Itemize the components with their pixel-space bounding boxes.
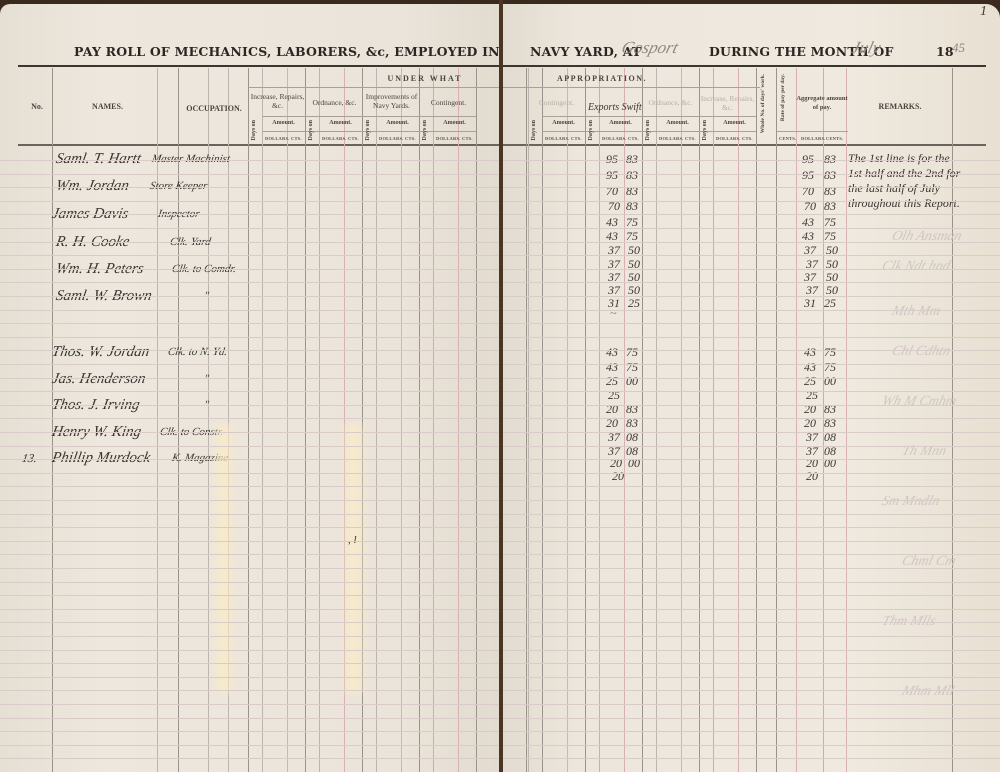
dollars-label: DOLLARS. (545, 136, 569, 141)
dollars-label: DOLLARS. (602, 136, 626, 141)
month: July (849, 38, 883, 58)
ledger-row-line (502, 745, 1000, 746)
ledger-row-line (0, 663, 500, 664)
cts-label: CTS. (685, 136, 696, 141)
aggregate-dollars: 43 (804, 345, 816, 360)
ledger-row-line (502, 473, 1000, 474)
aggregate-cents: 25 (824, 296, 836, 311)
days-on-label: Days on (422, 120, 428, 141)
group-contingent-faint: Contingent. (528, 98, 585, 107)
dollars-label: DOLLARS. (716, 136, 740, 141)
ledger-row-line (0, 500, 500, 501)
amount-label: Amount. (376, 119, 419, 128)
ledger-row-line (502, 350, 1000, 351)
light-glare (210, 424, 238, 694)
ledger-row-line (502, 663, 1000, 664)
ledger-row-line (0, 568, 500, 569)
aggregate-cents: 75 (824, 360, 836, 375)
bleed-through-text: Sm Mndln (880, 494, 941, 510)
ledger-row-line (0, 255, 500, 256)
left-page: PAY ROLL OF MECHANICS, LABORERS, &c, EMP… (0, 4, 500, 772)
ledger-row-line (0, 446, 500, 447)
dollars-label: DOLLARS. (659, 136, 683, 141)
ledger-row-line (502, 201, 1000, 202)
ledger-row-line (502, 582, 1000, 583)
header-bottom-rule (502, 144, 986, 146)
ledger-row-line (0, 282, 500, 283)
ledger-row-line (0, 636, 500, 637)
ledger-row-line (502, 704, 1000, 705)
amount-dollars: 43 (606, 360, 618, 375)
ledger-row-line (0, 622, 500, 623)
ledger-row-line (0, 323, 500, 324)
ledger-row-line (0, 541, 500, 542)
group-improvements: Improvements of Navy Yards. (364, 92, 419, 110)
entry-occupation: Master Machinist (151, 153, 231, 165)
ledger-row-line (502, 269, 1000, 270)
ledger-row-line (502, 405, 1000, 406)
cts-label: CTS. (348, 136, 359, 141)
ledger-row-line (502, 459, 1000, 460)
remark-line: throughout this Report. (848, 196, 960, 211)
ledger-row-line (0, 296, 500, 297)
amount-label: Amount. (713, 119, 756, 128)
dollars-label: DOLLARS. (801, 136, 825, 141)
amount-cents: 25 (628, 296, 640, 311)
light-glare (340, 424, 368, 694)
ledger-row-line (502, 527, 1000, 528)
remark-line: The 1st line is for the (848, 151, 950, 166)
ledger-row-line (0, 201, 500, 202)
ledger-row-line (0, 690, 500, 691)
ledger-row-line (502, 296, 1000, 297)
ledger-row-line (0, 174, 500, 175)
ledger-row-line (502, 636, 1000, 637)
ledger-row-line (502, 255, 1000, 256)
ledger-row-line (502, 282, 1000, 283)
ledger-row-line (502, 731, 1000, 732)
title-left: PAY ROLL OF MECHANICS, LABORERS, &c, EMP… (74, 44, 500, 59)
amount-dollars: 95 (606, 168, 618, 183)
amount-dollars: 20 (612, 469, 624, 484)
ledger-row-line (0, 160, 500, 161)
dollars-label: DOLLARS. (379, 136, 403, 141)
ledger-row-line (0, 242, 500, 243)
ledger-row-line (0, 731, 500, 732)
aggregate-cents: 83 (824, 168, 836, 183)
ledger-row-line (502, 160, 1000, 161)
under-what-header: UNDER WHAT (350, 74, 500, 83)
col-occupation-header: OCCUPATION. (180, 104, 248, 113)
days-on-label: Days on (308, 120, 314, 141)
cents-label: CENTS. (779, 136, 796, 141)
aggregate-dollars: 43 (804, 360, 816, 375)
book-binding (499, 0, 503, 772)
ledger-row-line (0, 650, 500, 651)
stray-mark: , l (348, 534, 357, 546)
days-on-label: Days on (531, 120, 537, 141)
bleed-through-text: Chl Cdhtn (890, 344, 952, 360)
group-rule (542, 116, 756, 117)
entry-name: Jas. Henderson (51, 371, 147, 388)
cts-label: CTS. (742, 136, 753, 141)
ledger-row-line (0, 391, 500, 392)
ledger-row-line (502, 378, 1000, 379)
days-on-label: Days on (645, 120, 651, 141)
ledger-row-line (502, 650, 1000, 651)
amount-label: Amount. (433, 119, 476, 128)
ledger-row-line (0, 595, 500, 596)
ledger-row-line (502, 364, 1000, 365)
amount-label: Amount. (542, 119, 585, 128)
amount-cents: 83 (626, 168, 638, 183)
ledger-row-line (0, 269, 500, 270)
ledger-row-line (0, 432, 500, 433)
ledger-row-line (502, 554, 1000, 555)
amount-label: Amount. (262, 119, 305, 128)
ledger-row-line (0, 486, 500, 487)
cts-label: CTS. (571, 136, 582, 141)
group-rule (262, 116, 476, 117)
dollars-label: DOLLARS. (436, 136, 460, 141)
ledger-row-line (502, 622, 1000, 623)
amount-cents: 75 (626, 360, 638, 375)
aggregate-cents: 00 (824, 374, 836, 389)
ledger-row-line (502, 690, 1000, 691)
appropriation-header: APPROPRIATION. (542, 74, 662, 83)
amount-cents: 75 (626, 345, 638, 360)
ledger-row-line (502, 174, 1000, 175)
rate-of-pay-header: Rate of pay per day. (780, 74, 786, 121)
ledger-row-line (502, 391, 1000, 392)
ledger-row-line (502, 677, 1000, 678)
aggregate-dollars: 20 (806, 469, 818, 484)
page-number: 1 (980, 4, 987, 20)
ledger-row-line (0, 364, 500, 365)
remark-line: the last half of July (848, 181, 940, 196)
group-ordnance-faint: Ordnance, &c. (642, 98, 699, 107)
ledger-row-line (502, 432, 1000, 433)
aggregate-header: Aggregate amount of pay. (796, 94, 848, 112)
group-increase-repairs: Increase, Repairs, &c. (250, 92, 305, 110)
header-bottom-rule (18, 144, 500, 146)
bleed-through-text: Clk Ndt hnd (880, 259, 952, 275)
days-on-label: Days on (251, 120, 257, 141)
ledger-row-line (0, 378, 500, 379)
amount-cents: 00 (626, 374, 638, 389)
cents-label: CENTS. (826, 136, 843, 141)
ledger-row-line (0, 214, 500, 215)
right-page: 1 NAVY YARD, AT Gosport DURING THE MONTH… (502, 4, 1000, 772)
ledger-row-line (502, 323, 1000, 324)
cts-label: CTS. (291, 136, 302, 141)
aggregate-dollars: 25 (804, 374, 816, 389)
ledger-row-line (0, 758, 500, 759)
ledger-row-line (0, 554, 500, 555)
ledger-row-line (0, 704, 500, 705)
dollars-label: DOLLARS. (322, 136, 346, 141)
ledger-row-line (502, 242, 1000, 243)
ledger-row-line (502, 609, 1000, 610)
ledger-row-line (0, 228, 500, 229)
ledger-row-line (502, 514, 1000, 515)
ledger-row-line (0, 459, 500, 460)
group-increase-faint: Increase, Repairs, &c. (699, 94, 756, 112)
group-ordnance: Ordnance, &c. (307, 98, 362, 107)
cts-label: CTS. (405, 136, 416, 141)
amount-label: Amount. (599, 119, 642, 128)
ledger-row-line (0, 745, 500, 746)
cts-label: CTS. (628, 136, 639, 141)
bleed-through-text: Wh M Cmhm (880, 394, 958, 410)
entry-occupation: Store Keeper (149, 180, 208, 192)
remarks-header: REMARKS. (848, 102, 952, 111)
col-no-header: No. (22, 102, 52, 111)
ledger-row-line (0, 337, 500, 338)
ledger-row-line (502, 758, 1000, 759)
whole-days-header: Whole No. of days' work. (760, 74, 766, 133)
ledger-row-line (0, 527, 500, 528)
amount-dollars: 43 (606, 345, 618, 360)
ledger-row-line (0, 187, 500, 188)
ledger-row-line (502, 595, 1000, 596)
aggregate-cents: 75 (824, 345, 836, 360)
days-on-label: Days on (702, 120, 708, 141)
amount-label: Amount. (319, 119, 362, 128)
entry-occupation: Clk. to N. Yd. (167, 346, 228, 358)
ledger-row-line (502, 500, 1000, 501)
ledger-row-line (0, 677, 500, 678)
ledger-row-line (502, 187, 1000, 188)
col-names-header: NAMES. (60, 102, 155, 111)
ledger-row-line (0, 718, 500, 719)
ledger-row-line (0, 609, 500, 610)
ledger-row-line (0, 418, 500, 419)
cts-label: CTS. (462, 136, 473, 141)
header-top-rule (18, 65, 500, 67)
aggregate-dollars: 31 (804, 296, 816, 311)
days-on-label: Days on (588, 120, 594, 141)
ledger-row-line (502, 446, 1000, 447)
dollars-label: DOLLARS. (265, 136, 289, 141)
ledger-row-line (0, 405, 500, 406)
bleed-through-text: Mhm Mll (900, 684, 956, 700)
ledger-row-line (502, 718, 1000, 719)
ledger-row-line (0, 350, 500, 351)
ledger-row-line (502, 228, 1000, 229)
amount-label: Amount. (656, 119, 699, 128)
ledger-row-line (502, 418, 1000, 419)
ledger-row-line (0, 514, 500, 515)
group-contingent: Contingent. (421, 98, 476, 107)
ledger-row-line (502, 337, 1000, 338)
ledger-row-line (502, 310, 1000, 311)
amount-dollars: 25 (606, 374, 618, 389)
ledger-row-line (0, 582, 500, 583)
ledger-row-line (0, 473, 500, 474)
header-top-rule (502, 65, 986, 67)
ledger-row-line (502, 568, 1000, 569)
ledger-row-line (0, 310, 500, 311)
bleed-through-text: Mth Mm (890, 304, 942, 320)
ledger-row-line (502, 541, 1000, 542)
group-rule (776, 131, 848, 132)
days-on-label: Days on (365, 120, 371, 141)
group-rule (248, 87, 500, 88)
aggregate-dollars: 95 (802, 168, 814, 183)
ledger-row-line (502, 486, 1000, 487)
navy-yard-location: Gosport (619, 38, 680, 58)
group-rule (502, 87, 760, 88)
ditto-mark: ~ (610, 306, 617, 321)
ledger-row-line (502, 214, 1000, 215)
entry-name: Thos. W. Jordan (51, 344, 151, 361)
group-handwritten-label: Exports Swift (588, 102, 642, 113)
year-suffix: 45 (952, 40, 965, 56)
